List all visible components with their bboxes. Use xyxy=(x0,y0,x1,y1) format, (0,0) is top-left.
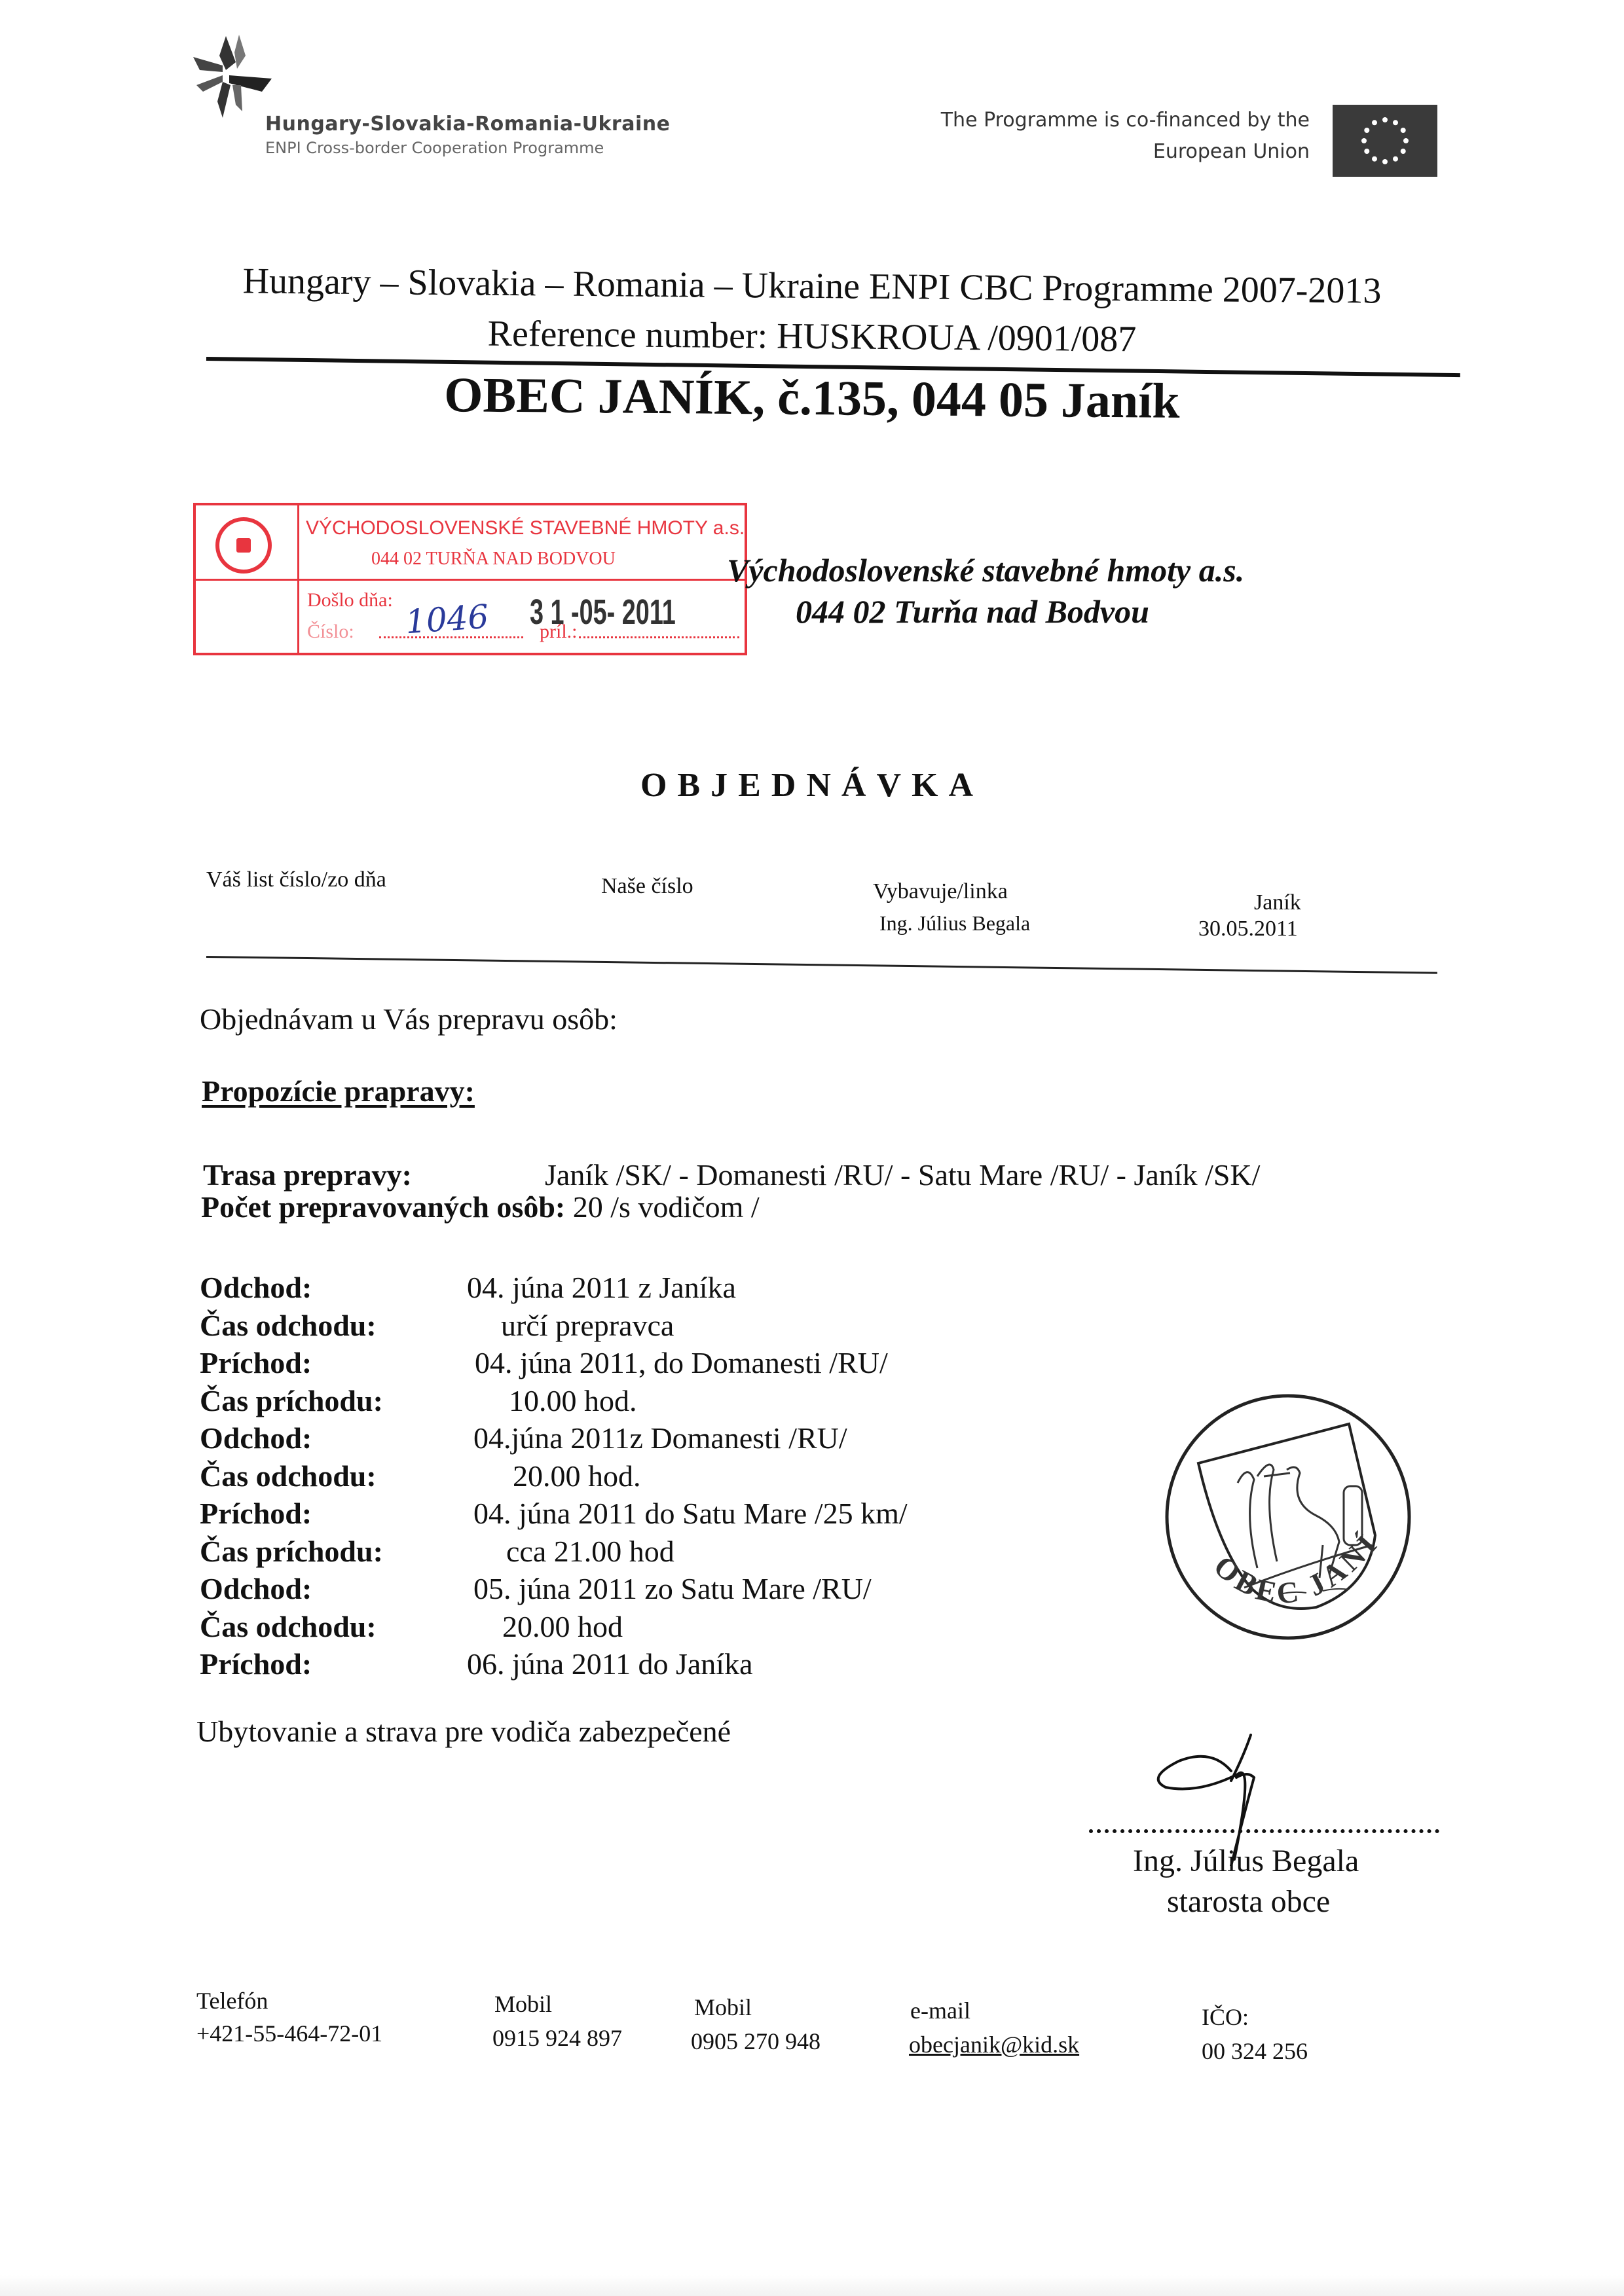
schedule-label: Čas odchodu: xyxy=(200,1308,377,1343)
reference-number: Reference number: HUSKROUA /0901/087 xyxy=(0,308,1624,365)
schedule-value: 04. júna 2011, do Domanesti /RU/ xyxy=(475,1345,888,1380)
stamp-divider-horizontal xyxy=(196,579,745,581)
signer-name: Ing. Július Begala xyxy=(1133,1843,1359,1879)
programme-logo-title: Hungary-Slovakia-Romania-Ukraine xyxy=(265,113,670,136)
phone-label: Telefón xyxy=(196,1987,268,2014)
schedule-label: Čas odchodu: xyxy=(200,1609,377,1644)
schedule-value: 06. júna 2011 do Janíka xyxy=(467,1647,753,1681)
eu-note-line1: The Programme is co-financed by the xyxy=(941,105,1310,136)
mobile2-value: 0905 270 948 xyxy=(691,2028,821,2055)
schedule-value: určí prepravca xyxy=(501,1308,674,1343)
closing-note: Ubytovanie a strava pre vodiča zabezpeče… xyxy=(196,1714,731,1749)
mobile1-value: 0915 924 897 xyxy=(492,2024,622,2052)
company-logo-icon xyxy=(215,517,272,574)
email-label: e-mail xyxy=(910,1997,970,2024)
schedule-value: 04. júna 2011 do Satu Mare /25 km/ xyxy=(473,1496,908,1531)
your-letter-label: Váš list číslo/zo dňa xyxy=(206,867,386,892)
signature-icon xyxy=(1139,1709,1323,1866)
schedule-value: 20.00 hod xyxy=(502,1609,623,1644)
schedule-value: 04.júna 2011z Domanesti /RU/ xyxy=(473,1421,847,1455)
reference-divider xyxy=(206,956,1437,974)
signature-line xyxy=(1089,1825,1439,1833)
email-link[interactable]: obecjanik@kid.sk xyxy=(909,2031,1079,2058)
eu-note-line2: European Union xyxy=(941,136,1310,168)
recipient-name: Východoslovenské stavebné hmoty a.s. xyxy=(727,551,1244,589)
ico-label: IČO: xyxy=(1202,2003,1249,2031)
received-stamp: VÝCHODOSLOVENSKÉ STAVEBNÉ HMOTY a.s. 044… xyxy=(193,503,747,655)
ico-value: 00 324 256 xyxy=(1202,2037,1308,2065)
scan-edge xyxy=(0,2275,1624,2296)
intro-text: Objednávam u Vás prepravu osôb: xyxy=(200,1002,618,1036)
svg-text:OBEC JANÍK: OBEC JANÍK xyxy=(1159,1391,1386,1611)
schedule-label: Príchod: xyxy=(200,1345,312,1380)
passenger-count-value: 20 /s vodičom / xyxy=(565,1190,759,1224)
schedule-label: Čas príchodu: xyxy=(200,1534,383,1569)
schedule-label: Čas odchodu: xyxy=(200,1459,377,1493)
municipal-seal-icon: OBEC JANÍK xyxy=(1159,1391,1418,1643)
programme-logo-subtitle: ENPI Cross-border Cooperation Programme xyxy=(265,139,604,157)
handled-by-label: Vybavuje/linka xyxy=(873,879,1008,904)
signer-role: starosta obce xyxy=(1167,1884,1330,1920)
schedule-label: Príchod: xyxy=(200,1647,312,1681)
schedule-label: Čas príchodu: xyxy=(200,1383,383,1418)
schedule-label: Odchod: xyxy=(200,1270,312,1305)
schedule-value: 05. júna 2011 zo Satu Mare /RU/ xyxy=(473,1571,872,1606)
section-heading: Propozície prapravy: xyxy=(202,1074,475,1108)
stamp-received-label: Došlo dňa: xyxy=(307,589,393,611)
programme-logo-icon xyxy=(190,29,275,121)
eu-cofinance-note: The Programme is co-financed by the Euro… xyxy=(941,105,1310,168)
route-value: Janík /SK/ - Domanesti /RU/ - Satu Mare … xyxy=(545,1157,1260,1192)
handled-by-name: Ing. Július Begala xyxy=(879,911,1030,936)
schedule-label: Odchod: xyxy=(200,1421,312,1455)
recipient-address: 044 02 Turňa nad Bodvou xyxy=(796,592,1149,630)
document-date: 30.05.2011 xyxy=(1198,917,1298,941)
stamp-received-date: 3 1 -05- 2011 xyxy=(530,592,676,632)
route-label: Trasa prepravy: xyxy=(203,1157,412,1192)
phone-value: +421-55-464-72-01 xyxy=(196,2020,382,2047)
schedule-value: 20.00 hod. xyxy=(513,1459,641,1493)
mobile2-label: Mobil xyxy=(694,1994,752,2021)
place: Janík xyxy=(1254,890,1301,915)
stamp-company: VÝCHODOSLOVENSKÉ STAVEBNÉ HMOTY a.s. xyxy=(306,517,745,539)
schedule-value: 10.00 hod. xyxy=(509,1383,637,1418)
document-title: OBJEDNÁVKA xyxy=(0,766,1624,805)
programme-title: Hungary – Slovakia – Romania – Ukraine E… xyxy=(0,258,1624,314)
schedule-label: Príchod: xyxy=(200,1496,312,1531)
eu-flag-icon xyxy=(1333,105,1437,177)
mobile1-label: Mobil xyxy=(494,1990,552,2018)
stamp-number-label: Číslo: xyxy=(307,621,354,643)
our-number-label: Naše číslo xyxy=(601,874,693,899)
stamp-address: 044 02 TURŇA NAD BODVOU xyxy=(371,549,616,570)
stamp-handwritten-number: 1046 xyxy=(404,598,490,642)
passenger-count: Počet prepravovaných osôb: 20 /s vodičom… xyxy=(201,1190,760,1224)
schedule-label: Odchod: xyxy=(200,1571,312,1606)
schedule-value: cca 21.00 hod xyxy=(506,1534,674,1569)
schedule-value: 04. júna 2011 z Janíka xyxy=(467,1270,736,1305)
passenger-count-label: Počet prepravovaných osôb: xyxy=(201,1190,565,1224)
